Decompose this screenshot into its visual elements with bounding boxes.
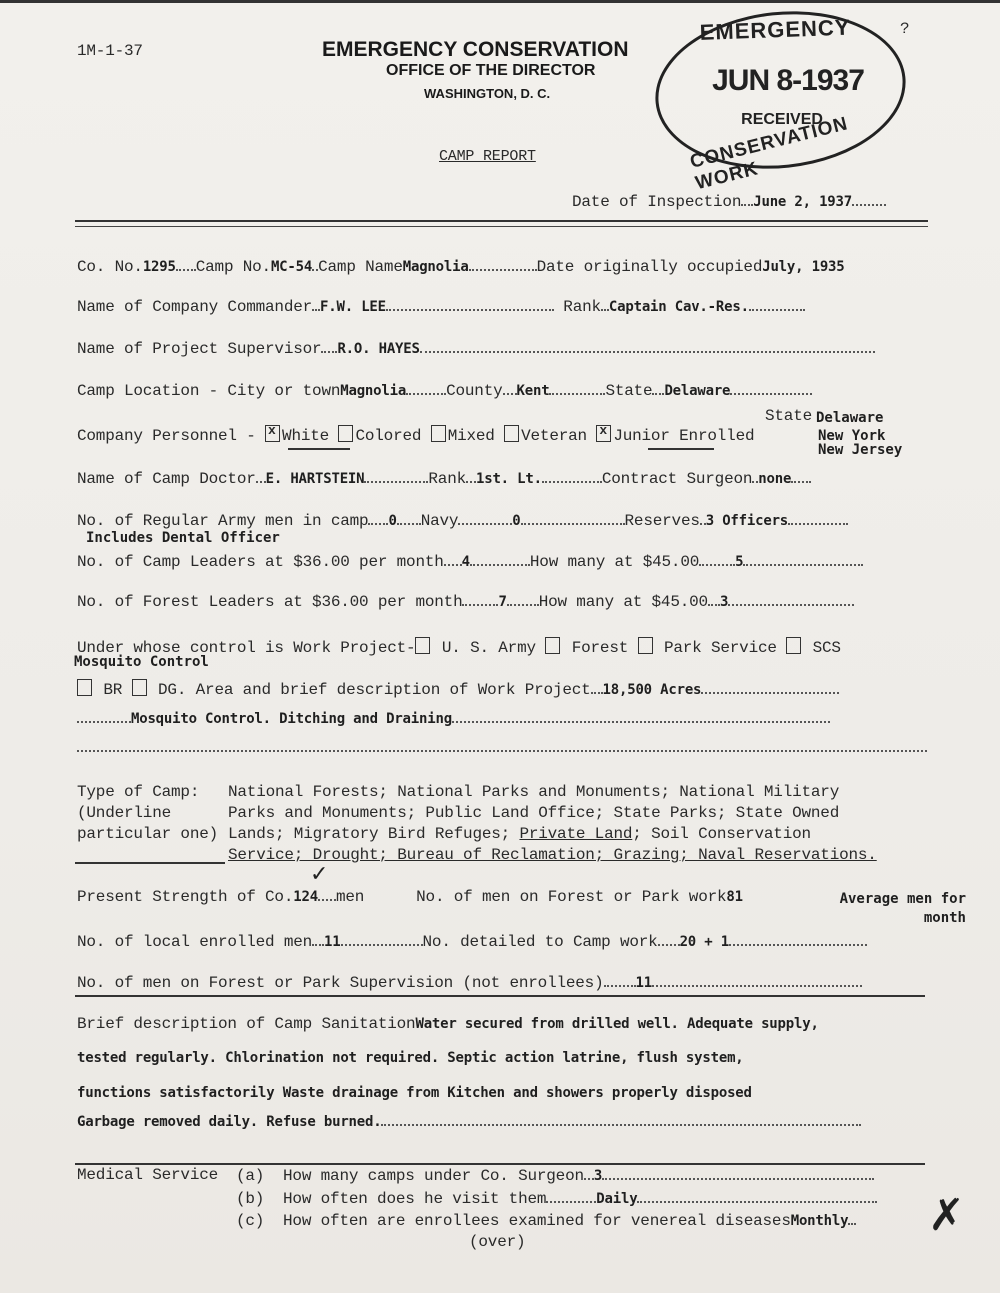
junior-underline bbox=[648, 448, 714, 450]
sanitation-label: Brief description of Camp Sanitation bbox=[77, 1015, 415, 1033]
checkbox-br[interactable] bbox=[77, 679, 92, 696]
camp-name-label: Camp Name bbox=[318, 258, 403, 276]
header-divider bbox=[75, 220, 928, 222]
forest-leaders-label: No. of Forest Leaders at $36.00 per mont… bbox=[77, 593, 462, 611]
detailed-value: 20 + 1 bbox=[680, 934, 729, 950]
enrolled-state-3: New Jersey bbox=[818, 442, 902, 458]
office-city: WASHINGTON, D. C. bbox=[424, 86, 550, 101]
local-value: 11 bbox=[324, 934, 340, 950]
control-option-forest[interactable]: Forest bbox=[545, 639, 628, 657]
sanitation-row-2: tested regularly. Chlorination not requi… bbox=[77, 1049, 744, 1067]
supervisor-label: Name of Project Supervisor bbox=[77, 340, 321, 358]
checkbox-park-service[interactable] bbox=[638, 637, 653, 654]
personnel-option-veteran[interactable]: Veteran bbox=[504, 427, 587, 445]
project-description: Mosquito Control. Ditching and Draining bbox=[131, 711, 452, 727]
area-label: Area and brief description of Work Proje… bbox=[196, 681, 591, 699]
description-row: Mosquito Control. Ditching and Draining bbox=[77, 709, 830, 728]
medical-divider bbox=[75, 1163, 925, 1165]
medical-answer-b: Daily bbox=[596, 1191, 637, 1207]
checkbox-scs[interactable] bbox=[786, 637, 801, 654]
army-value: 0 bbox=[388, 513, 396, 529]
control-option-dg[interactable]: DG. bbox=[132, 681, 187, 699]
checkbox-white[interactable] bbox=[265, 425, 280, 442]
camp-leaders-45: 5 bbox=[735, 554, 743, 570]
co-no-label: Co. No. bbox=[77, 258, 143, 276]
control-typed-note: Mosquito Control bbox=[74, 654, 209, 670]
camp-ids-row: Co. No.1295Camp No.MC-54Camp NameMagnoli… bbox=[77, 257, 845, 276]
reserves-value: 3 Officers bbox=[706, 513, 788, 529]
stamp-date: JUN 8-1937 bbox=[712, 64, 864, 98]
military-row: No. of Regular Army men in camp0Navy0Res… bbox=[77, 511, 848, 530]
sanitation-row-3: functions satisfactorily Waste drainage … bbox=[77, 1084, 752, 1102]
camp-leaders-row: No. of Camp Leaders at $36.00 per month4… bbox=[77, 552, 863, 571]
medical-label: Medical Service bbox=[77, 1166, 218, 1184]
report-title: CAMP REPORT bbox=[439, 148, 536, 165]
strength-row: Present Strength of Co.124menNo. of men … bbox=[77, 887, 743, 906]
medical-item-b: (b) How often does he visit themDaily bbox=[236, 1189, 877, 1208]
contract-surgeon-label: Contract Surgeon bbox=[602, 470, 752, 488]
state-enrolled-label: State bbox=[765, 407, 812, 425]
doctor-rank: 1st. Lt. bbox=[476, 471, 542, 487]
sanitation-row-4: Garbage removed daily. Refuse burned. bbox=[77, 1112, 861, 1131]
checkbox-forest[interactable] bbox=[545, 637, 560, 654]
sanitation-line-4: Garbage removed daily. Refuse burned. bbox=[77, 1114, 381, 1130]
state-value: Delaware bbox=[664, 383, 730, 399]
forest-leaders-36: 7 bbox=[498, 594, 506, 610]
location-row: Camp Location - City or townMagnoliaCoun… bbox=[77, 381, 812, 400]
camp-no: MC-54 bbox=[271, 259, 312, 275]
personnel-row: Company Personnel - White Colored Mixed … bbox=[77, 425, 754, 445]
camp-no-label: Camp No. bbox=[196, 258, 271, 276]
forest-work-label: No. of men on Forest or Park work bbox=[416, 888, 726, 906]
checkbox-junior[interactable] bbox=[596, 425, 611, 442]
medical-item-c: (c) How often are enrollees examined for… bbox=[236, 1211, 856, 1230]
medical-answer-c: Monthly bbox=[791, 1213, 849, 1229]
city-label: Camp Location - City or town bbox=[77, 382, 340, 400]
commander-rank: Captain Cav.-Res. bbox=[609, 299, 749, 315]
contract-surgeon-value: none bbox=[758, 471, 791, 487]
sanitation-line-1: Water secured from drilled well. Adequat… bbox=[415, 1016, 818, 1032]
sanitation-line-3: functions satisfactorily Waste drainage … bbox=[77, 1085, 752, 1101]
doctor-rank-label: Rank bbox=[428, 470, 466, 488]
inspection-row: Date of InspectionJune 2, 1937 bbox=[572, 192, 886, 211]
sanitation-row-1: Brief description of Camp SanitationWate… bbox=[77, 1015, 819, 1033]
camp-report-page: 1M-1-37 EMERGENCY CONSERVATION OFFICE OF… bbox=[0, 0, 1000, 1293]
personnel-option-mixed[interactable]: Mixed bbox=[431, 427, 495, 445]
commander-row: Name of Company CommanderF.W. LEE RankCa… bbox=[77, 297, 805, 316]
supervisor-name: R.O. HAYES bbox=[337, 341, 419, 357]
inspection-date: June 2, 1937 bbox=[753, 194, 852, 210]
inspection-label: Date of Inspection bbox=[572, 193, 741, 211]
occupied-date: July, 1935 bbox=[762, 259, 844, 275]
hand-check-mark-icon: ✗ bbox=[928, 1190, 965, 1241]
header-divider-2 bbox=[75, 226, 928, 227]
personnel-label: Company Personnel - bbox=[77, 427, 256, 445]
camp-leaders-36: 4 bbox=[462, 554, 470, 570]
supervision-value: 11 bbox=[636, 975, 652, 991]
medical-item-a: (a) How many camps under Co. Surgeon3 bbox=[236, 1166, 874, 1185]
camp-name: Magnolia bbox=[403, 259, 469, 275]
blank-row bbox=[77, 738, 927, 757]
personnel-option-colored[interactable]: Colored bbox=[338, 427, 421, 445]
medical-answer-a: 3 bbox=[594, 1168, 602, 1184]
county-value: Kent bbox=[517, 383, 550, 399]
office-name: OFFICE OF THE DIRECTOR bbox=[386, 62, 595, 80]
checkbox-colored[interactable] bbox=[338, 425, 353, 442]
enrolled-label: Enrolled bbox=[679, 427, 754, 445]
strength-value: 124 bbox=[293, 889, 318, 905]
strength-label: Present Strength of Co. bbox=[77, 888, 293, 906]
camp-type-divider bbox=[75, 862, 225, 864]
forest-leaders-45: 3 bbox=[720, 594, 728, 610]
control-option-army[interactable]: U. S. Army bbox=[415, 639, 535, 657]
local-label: No. of local enrolled men bbox=[77, 933, 312, 951]
area-value: 18,500 Acres bbox=[603, 682, 702, 698]
personnel-option-junior[interactable]: Junior bbox=[596, 427, 669, 445]
forest-leaders-row: No. of Forest Leaders at $36.00 per mont… bbox=[77, 592, 854, 611]
control-option-park-service[interactable]: Park Service bbox=[638, 639, 777, 657]
camp-type-options: National Forests; National Parks and Mon… bbox=[228, 782, 877, 866]
doctor-label: Name of Camp Doctor bbox=[77, 470, 256, 488]
forest-work-note: Average men for month bbox=[816, 890, 966, 928]
personnel-option-white[interactable]: White bbox=[265, 427, 329, 445]
control-option-scs[interactable]: SCS bbox=[786, 639, 841, 657]
doctor-row: Name of Camp DoctorE. HARTSTEINRank1st. … bbox=[77, 469, 811, 488]
selected-camp-type[interactable]: Private Land bbox=[519, 825, 632, 843]
enrolled-state-1: Delaware bbox=[816, 410, 883, 426]
co-no: 1295 bbox=[143, 259, 176, 275]
supervision-divider bbox=[75, 995, 925, 997]
camp-leaders-45-label: How many at $45.00 bbox=[530, 553, 699, 571]
checkbox-army[interactable] bbox=[415, 637, 430, 654]
supervisor-row: Name of Project SupervisorR.O. HAYES bbox=[77, 339, 875, 358]
checkbox-veteran[interactable] bbox=[504, 425, 519, 442]
detailed-label: No. detailed to Camp work bbox=[423, 933, 658, 951]
supervision-row: No. of men on Forest or Park Supervision… bbox=[77, 973, 862, 992]
forest-work-value: 81 bbox=[726, 889, 742, 905]
white-underline bbox=[288, 448, 350, 450]
margin-mark: ? bbox=[900, 20, 909, 38]
received-stamp: EMERGENCY JUN 8-1937 RECEIVED CONSERVATI… bbox=[648, 0, 914, 181]
check-mark-icon: ✓ bbox=[310, 862, 328, 887]
navy-label: Navy bbox=[421, 512, 459, 530]
area-row: BR DG. Area and brief description of Wor… bbox=[77, 679, 839, 699]
forest-leaders-45-label: How many at $45.00 bbox=[539, 593, 708, 611]
army-label: No. of Regular Army men in camp bbox=[77, 512, 368, 530]
camp-leaders-label: No. of Camp Leaders at $36.00 per month bbox=[77, 553, 444, 571]
occupied-label: Date originally occupied bbox=[537, 258, 763, 276]
local-row: No. of local enrolled men11No. detailed … bbox=[77, 932, 867, 951]
commander-name: F.W. LEE bbox=[320, 299, 386, 315]
county-label: County bbox=[446, 382, 502, 400]
dental-note: Includes Dental Officer bbox=[86, 530, 280, 546]
strength-unit: men bbox=[336, 888, 364, 906]
reserves-label: Reserves bbox=[625, 512, 700, 530]
sanitation-line-2: tested regularly. Chlorination not requi… bbox=[77, 1050, 744, 1066]
checkbox-dg[interactable] bbox=[132, 679, 147, 696]
supervision-label: No. of men on Forest or Park Supervision… bbox=[77, 974, 604, 992]
over-note: (over) bbox=[469, 1233, 525, 1251]
scan-border bbox=[0, 0, 1000, 3]
control-option-br[interactable]: BR bbox=[77, 681, 122, 699]
navy-value: 0 bbox=[512, 513, 520, 529]
agency-name: EMERGENCY CONSERVATION bbox=[322, 38, 629, 62]
form-number: 1M-1-37 bbox=[77, 42, 143, 60]
stamp-top-text: EMERGENCY bbox=[699, 15, 851, 46]
checkbox-mixed[interactable] bbox=[431, 425, 446, 442]
commander-label: Name of Company Commander bbox=[77, 298, 312, 316]
state-label: State bbox=[605, 382, 652, 400]
camp-type-label: Type of Camp: (Underline particular one) bbox=[77, 782, 218, 845]
city-value: Magnolia bbox=[340, 383, 406, 399]
commander-rank-label: Rank bbox=[563, 298, 601, 316]
doctor-name: E. HARTSTEIN bbox=[266, 471, 365, 487]
